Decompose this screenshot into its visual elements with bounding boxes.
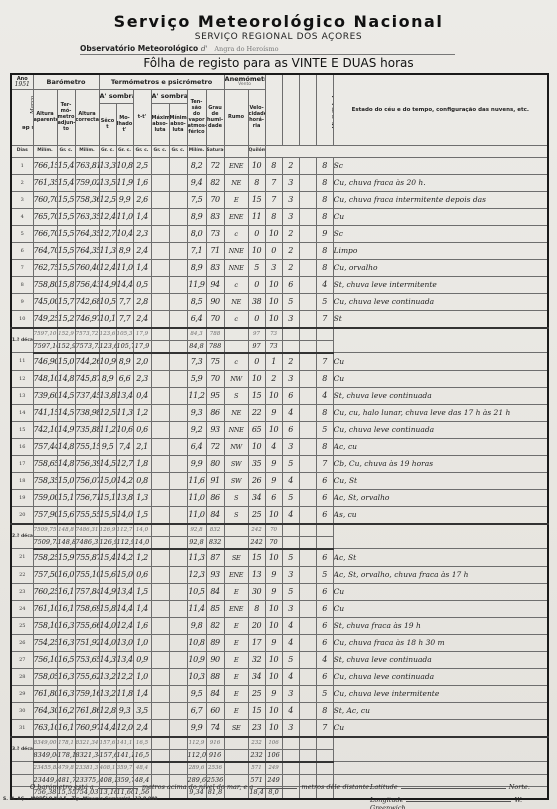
barometer-note-1: O barómetro está a <box>30 783 94 791</box>
cell-alt: 748,10 <box>33 370 57 387</box>
total-vel: 97 <box>248 340 265 353</box>
cell-dif: 2,1 <box>133 438 151 455</box>
cell-dif: 2,4 <box>133 719 151 737</box>
cell-mar: 2 <box>282 225 299 242</box>
month-total-draft-tadj: 479,8 <box>57 762 75 775</box>
draft-neb: 70 <box>265 524 282 537</box>
total-seco: 157,6 <box>99 749 116 762</box>
cell-seco: 14,0 <box>99 617 116 634</box>
total-dif: 16,5 <box>133 749 151 762</box>
draft-mar <box>282 737 299 750</box>
total-tens: 84,8 <box>187 340 206 353</box>
total-neb: 70 <box>265 536 282 549</box>
day-number: 5 <box>11 225 33 242</box>
cell-mar: 3 <box>282 310 299 328</box>
longitude-blank <box>406 801 511 802</box>
cell-tens: 7,5 <box>187 191 206 208</box>
cell-molh: 11,3 <box>116 404 133 421</box>
sky-state-header: Estado do céu e do tempo, configuração d… <box>333 74 548 145</box>
table-row: 13739,6014,5737,4513,813,40,411,295S1510… <box>11 387 548 404</box>
latitude-line: LatitudeNorte. <box>370 783 545 791</box>
cell-alt: 762,75 <box>33 259 57 276</box>
decade-label: 3.ª década <box>11 737 33 762</box>
cell-mar: 3 <box>282 685 299 702</box>
cell-tens: 8,2 <box>187 157 206 174</box>
table-row: 5766,7015,5764,3512,710,42,38,073c01029S… <box>11 225 548 242</box>
total-alt: 7509,75 <box>33 536 57 549</box>
cell-corr: 755,62 <box>75 668 99 685</box>
cell-seco: 13,5 <box>99 174 116 191</box>
cell-min <box>169 549 187 567</box>
cell-neb: 1 <box>265 353 282 371</box>
draft-tens: 112,9 <box>187 737 206 750</box>
cell-max <box>151 191 169 208</box>
barometer-header: Barómetro <box>33 74 99 89</box>
cell-vis: 4 <box>316 651 333 668</box>
cell-max <box>151 600 169 617</box>
cell-seco: 14,4 <box>99 719 116 737</box>
row-label <box>11 762 33 775</box>
cell-seco: 14,0 <box>99 634 116 651</box>
cell-irr <box>299 421 316 438</box>
attached-thermometer-header: Ter-mó-metro adjun-to <box>57 89 75 145</box>
corrected-height-header: Altura correcta <box>75 89 99 145</box>
table-row: 29761,8016,3759,1613,211,81,49,584E25935… <box>11 685 548 702</box>
cell-alt: 746,90 <box>33 353 57 371</box>
cell-alt: 763,10 <box>33 719 57 737</box>
cell-rumo: NE <box>224 293 248 310</box>
draft-mar <box>282 524 299 537</box>
cell-alt: 766,70 <box>33 225 57 242</box>
total-tens: 92,8 <box>187 536 206 549</box>
month-total-draft-irr <box>299 762 316 775</box>
sky-observation: Cu, chuva leve intermitente <box>333 685 548 702</box>
barometer-note-2: metros acima do nível do mar, e a <box>142 783 253 791</box>
cell-min <box>169 583 187 600</box>
day-number: 26 <box>11 634 33 651</box>
cell-seco: 9,5 <box>99 438 116 455</box>
cell-corr: 757,84 <box>75 583 99 600</box>
day-number: 28 <box>11 668 33 685</box>
unit-alt: Milím. <box>33 145 57 157</box>
month-total-draft-vel: 571 <box>248 762 265 775</box>
cell-min <box>169 438 187 455</box>
cell-corr: 738,98 <box>75 404 99 421</box>
decade-label: 2.ª década <box>11 524 33 549</box>
total-vis <box>316 749 333 762</box>
cell-alt: 739,60 <box>33 387 57 404</box>
register-sheet: Serviço Meteorológico Nacional SERVIÇO R… <box>0 0 557 809</box>
cell-vel: 8 <box>248 174 265 191</box>
sky-observation: Cu <box>333 583 548 600</box>
cell-rumo: E <box>224 668 248 685</box>
cell-rumo: S <box>224 387 248 404</box>
cell-tens: 9,8 <box>187 617 206 634</box>
longitude-label: Longitude <box>370 796 403 804</box>
draft-mar <box>282 328 299 341</box>
cell-vis: 7 <box>316 719 333 737</box>
regional-service: SERVIÇO REGIONAL DOS AÇORES <box>0 32 557 42</box>
cell-hum: 82 <box>206 174 224 191</box>
draft-tens: 84,3 <box>187 328 206 341</box>
cell-rumo: E <box>224 685 248 702</box>
cell-tens: 6,4 <box>187 310 206 328</box>
cell-irr <box>299 617 316 634</box>
cell-vis: 7 <box>316 353 333 371</box>
total-corr: 7573,72 <box>75 340 99 353</box>
sky-observation: Sc <box>333 225 548 242</box>
cell-neb: 8 <box>265 157 282 174</box>
cell-tadj: 15,2 <box>57 310 75 328</box>
cell-min <box>169 719 187 737</box>
table-row: 17758,6514,8756,3914,512,71,89,980SW3595… <box>11 455 548 472</box>
draft-vel: 97 <box>248 328 265 341</box>
cell-min <box>169 668 187 685</box>
table-row: 24761,1016,1758,6915,814,41,411,485ENE81… <box>11 600 548 617</box>
unit-dry: Gr. c. <box>99 145 116 157</box>
cell-hum: 70 <box>206 370 224 387</box>
draft-molh: 105,3 <box>116 328 133 341</box>
total-tadj: 152,9 <box>57 340 75 353</box>
cell-molh: 12,4 <box>116 617 133 634</box>
wind-speed-header: Velo-cidade horá-ria <box>248 89 265 145</box>
day-number: 23 <box>11 583 33 600</box>
cell-tadj: 14,8 <box>57 455 75 472</box>
cell-molh: 12,7 <box>116 455 133 472</box>
day-number: 25 <box>11 617 33 634</box>
draft-neb: 106 <box>265 737 282 750</box>
cell-rumo: SE <box>224 549 248 567</box>
cell-irr <box>299 208 316 225</box>
apparent-height-header: Altura aparente <box>33 89 57 145</box>
cell-irr <box>299 455 316 472</box>
cell-seco: 10,1 <box>99 310 116 328</box>
cell-molh: 13,4 <box>116 387 133 404</box>
cell-rumo: SW <box>224 455 248 472</box>
cell-alt: 758,25 <box>33 549 57 567</box>
cell-hum: 71 <box>206 242 224 259</box>
cell-vel: 25 <box>248 685 265 702</box>
cell-hum: 94 <box>206 276 224 293</box>
cell-tadj: 16,0 <box>57 566 75 583</box>
cell-vel: 15 <box>248 191 265 208</box>
cell-hum: 84 <box>206 506 224 524</box>
day-number: 24 <box>11 600 33 617</box>
cell-mar: 2 <box>282 157 299 174</box>
total-irr <box>299 536 316 549</box>
cell-dif: 1,0 <box>133 668 151 685</box>
cell-vel: 15 <box>248 702 265 719</box>
total-irr <box>299 340 316 353</box>
cell-corr: 737,45 <box>75 387 99 404</box>
draft-rumo <box>224 737 248 750</box>
cell-neb: 7 <box>265 191 282 208</box>
sky-observation: Cu, cu, halo lunar, chuva leve das 17 h … <box>333 404 548 421</box>
cell-rumo: S <box>224 489 248 506</box>
month-total-draft-max <box>151 762 169 775</box>
cell-tens: 10,3 <box>187 668 206 685</box>
table-row: 31763,1016,1760,9714,412,02,49,974SE2310… <box>11 719 548 737</box>
draft-max <box>151 524 169 537</box>
cell-irr <box>299 225 316 242</box>
cell-mar: 4 <box>282 617 299 634</box>
cell-molh: 14,2 <box>116 472 133 489</box>
table-row: 9745,0015,7742,6810,57,72,88,590NE381055… <box>11 293 548 310</box>
cell-vis: 6 <box>316 617 333 634</box>
draft-irr <box>299 524 316 537</box>
day-number: 16 <box>11 438 33 455</box>
cell-mar: 3 <box>282 438 299 455</box>
total-min <box>169 536 187 549</box>
year-value: 1951 <box>12 82 33 88</box>
cell-hum: 84 <box>206 583 224 600</box>
day-number: 14 <box>11 404 33 421</box>
cell-tens: 11,0 <box>187 506 206 524</box>
cell-tens: 6,7 <box>187 702 206 719</box>
cell-vel: 0 <box>248 353 265 371</box>
anemometer-header: Anemómetro Vento <box>224 74 265 89</box>
cell-max <box>151 387 169 404</box>
cell-tens: 11,3 <box>187 549 206 567</box>
sky-observation: St, chuva fraca às 19 h <box>333 617 548 634</box>
total-alt: 7597,10 <box>33 340 57 353</box>
cell-tadj: 14,8 <box>57 370 75 387</box>
draft-vis <box>316 328 333 341</box>
cell-rumo: SE <box>224 719 248 737</box>
cell-mar: 4 <box>282 634 299 651</box>
sky-observation: St, chuva leve continuada <box>333 651 548 668</box>
cell-dif: 0,5 <box>133 276 151 293</box>
cell-vel: 26 <box>248 472 265 489</box>
cell-molh: 10,6 <box>116 421 133 438</box>
shade-header-1: A' sombra <box>99 89 133 103</box>
cell-min <box>169 421 187 438</box>
cell-alt: 742,10 <box>33 421 57 438</box>
cell-vis: 8 <box>316 702 333 719</box>
cell-tadj: 16,1 <box>57 583 75 600</box>
cell-seco: 14,9 <box>99 583 116 600</box>
service-title: Serviço Meteorológico Nacional <box>0 12 557 31</box>
cell-molh: 14,0 <box>116 506 133 524</box>
cell-dif: 2,3 <box>133 370 151 387</box>
cell-rumo: ENE <box>224 157 248 174</box>
cell-rumo: c <box>224 353 248 371</box>
cell-alt: 754,25 <box>33 634 57 651</box>
cell-hum: 86 <box>206 489 224 506</box>
cell-dif: 1,2 <box>133 404 151 421</box>
vapour-tension-header: Ten-são do vapor atmos-férico <box>187 89 206 145</box>
cell-alt: 758,05 <box>33 668 57 685</box>
cell-hum: 90 <box>206 293 224 310</box>
sky-observation: Ac, St, orvalho <box>333 489 548 506</box>
day-number: 31 <box>11 719 33 737</box>
day-number: 9 <box>11 293 33 310</box>
cell-vis: 5 <box>316 421 333 438</box>
cell-corr: 755,10 <box>75 566 99 583</box>
cell-seco: 15,6 <box>99 566 116 583</box>
cell-molh: 15,0 <box>116 566 133 583</box>
month-total-draft-rumo <box>224 762 248 775</box>
day-number: 10 <box>11 310 33 328</box>
total-neb: 106 <box>265 749 282 762</box>
cell-vis: 8 <box>316 259 333 276</box>
cell-vel: 17 <box>248 634 265 651</box>
cell-vis: 8 <box>316 174 333 191</box>
cell-neb: 0 <box>265 242 282 259</box>
cell-max <box>151 404 169 421</box>
day-number: 15 <box>11 421 33 438</box>
cell-max <box>151 685 169 702</box>
cell-rumo: NNE <box>224 421 248 438</box>
cell-dif: 2,5 <box>133 157 151 174</box>
cell-vis: 8 <box>316 404 333 421</box>
cell-vel: 23 <box>248 719 265 737</box>
cell-rumo: c <box>224 225 248 242</box>
day-number: 1 <box>11 157 33 174</box>
table-row: 16757,4414,8755,159,57,42,16,472NW10438A… <box>11 438 548 455</box>
total-hum: 916 <box>206 749 224 762</box>
cell-molh: 10,4 <box>116 225 133 242</box>
cell-molh: 13,0 <box>116 634 133 651</box>
total-neb: 73 <box>265 340 282 353</box>
cell-rumo: NNE <box>224 242 248 259</box>
cell-max <box>151 489 169 506</box>
cell-vis: 6 <box>316 506 333 524</box>
cell-molh: 8,9 <box>116 353 133 371</box>
cell-corr: 744,26 <box>75 353 99 371</box>
cell-tadj: 15,5 <box>57 208 75 225</box>
total-dif: 14,0 <box>133 536 151 549</box>
cell-hum: 73 <box>206 225 224 242</box>
total-min <box>169 340 187 353</box>
cell-corr: 746,97 <box>75 310 99 328</box>
table-row: 25758,1016,3755,6614,012,41,69,882E20104… <box>11 617 548 634</box>
cell-molh: 13,4 <box>116 583 133 600</box>
cell-min <box>169 259 187 276</box>
cell-molh: 11,8 <box>116 685 133 702</box>
cell-vis: 6 <box>316 549 333 567</box>
table-row: 7762,7515,5760,4012,411,01,48,983NNE5328… <box>11 259 548 276</box>
cell-max <box>151 310 169 328</box>
cell-tadj: 16,3 <box>57 685 75 702</box>
cell-irr <box>299 404 316 421</box>
draft-corr: 7486,31 <box>75 524 99 537</box>
sky-observation: Sc <box>333 157 548 174</box>
cell-irr <box>299 472 316 489</box>
day-number: 7 <box>11 259 33 276</box>
draft-vis <box>316 737 333 750</box>
cell-vel: 15 <box>248 549 265 567</box>
cell-min <box>169 455 187 472</box>
cell-max <box>151 617 169 634</box>
total-vis <box>316 340 333 353</box>
draft-vel: 242 <box>248 524 265 537</box>
unit-direction <box>224 145 248 157</box>
cell-rumo: ENE <box>224 566 248 583</box>
day-number: 4 <box>11 208 33 225</box>
cell-irr <box>299 634 316 651</box>
cell-dif: 1,5 <box>133 506 151 524</box>
cell-irr <box>299 242 316 259</box>
cell-corr: 751,92 <box>75 634 99 651</box>
cell-neb: 10 <box>265 617 282 634</box>
cell-molh: 13,8 <box>116 489 133 506</box>
cell-mar: 3 <box>282 174 299 191</box>
cell-rumo: E <box>224 583 248 600</box>
cell-tens: 7,3 <box>187 353 206 371</box>
cell-tadj: 15,6 <box>57 506 75 524</box>
cell-dif: 2,6 <box>133 191 151 208</box>
total-irr <box>299 749 316 762</box>
cell-dif: 2,4 <box>133 242 151 259</box>
cell-alt: 749,25 <box>33 310 57 328</box>
cell-tadj: 16,2 <box>57 702 75 719</box>
cell-molh: 6,6 <box>116 370 133 387</box>
cell-corr: 760,97 <box>75 719 99 737</box>
cell-vis: 6 <box>316 472 333 489</box>
cell-irr <box>299 438 316 455</box>
cell-molh: 14,4 <box>116 276 133 293</box>
cell-vis: 5 <box>316 685 333 702</box>
cell-neb: 6 <box>265 489 282 506</box>
cell-seco: 13,8 <box>99 387 116 404</box>
cell-alt: 761,10 <box>33 600 57 617</box>
draft-vel: 232 <box>248 737 265 750</box>
cell-mar: 4 <box>282 472 299 489</box>
cell-alt: 759,00 <box>33 489 57 506</box>
cell-rumo: E <box>224 634 248 651</box>
table-row: 30764,3016,2761,8612,89,33,56,760E151048… <box>11 702 548 719</box>
draft-alt: 8349,00 <box>33 737 57 750</box>
unit-tadj: Gr. c. <box>57 145 75 157</box>
total-rumo <box>224 340 248 353</box>
cell-mar: 6 <box>282 421 299 438</box>
cell-min <box>169 242 187 259</box>
month-total-draft-min <box>169 762 187 775</box>
cell-vel: 10 <box>248 157 265 174</box>
cell-irr <box>299 583 316 600</box>
anemometer-label: Anemómetro <box>225 76 265 82</box>
cell-dif: 0,6 <box>133 566 151 583</box>
cell-mar: 4 <box>282 668 299 685</box>
cell-corr: 761,86 <box>75 702 99 719</box>
cell-tens: 10,9 <box>187 651 206 668</box>
unit-humidity: Satura-ção=100 <box>206 145 224 157</box>
blank-cell <box>333 328 548 353</box>
blank-cell <box>333 762 548 775</box>
cell-seco: 14,3 <box>99 651 116 668</box>
cell-neb: 10 <box>265 310 282 328</box>
unit-tension: Milím. <box>187 145 206 157</box>
cell-max <box>151 421 169 438</box>
cell-min <box>169 404 187 421</box>
cell-max <box>151 583 169 600</box>
decade-total-draft: 1.ª década7597,10152,97573,72123,6105,31… <box>11 328 548 341</box>
cell-hum: 83 <box>206 259 224 276</box>
cell-hum: 89 <box>206 634 224 651</box>
cell-alt: 765,70 <box>33 208 57 225</box>
month-total-draft-corr: 23381,37 <box>75 762 99 775</box>
cell-alt: 758,10 <box>33 617 57 634</box>
cell-dif: 0,9 <box>133 651 151 668</box>
cell-neb: 8 <box>265 208 282 225</box>
cell-alt: 761,35 <box>33 174 57 191</box>
total-hum: 832 <box>206 536 224 549</box>
cell-max <box>151 242 169 259</box>
day-number: 18 <box>11 472 33 489</box>
cell-seco: 15,5 <box>99 506 116 524</box>
cell-tadj: 16,3 <box>57 668 75 685</box>
